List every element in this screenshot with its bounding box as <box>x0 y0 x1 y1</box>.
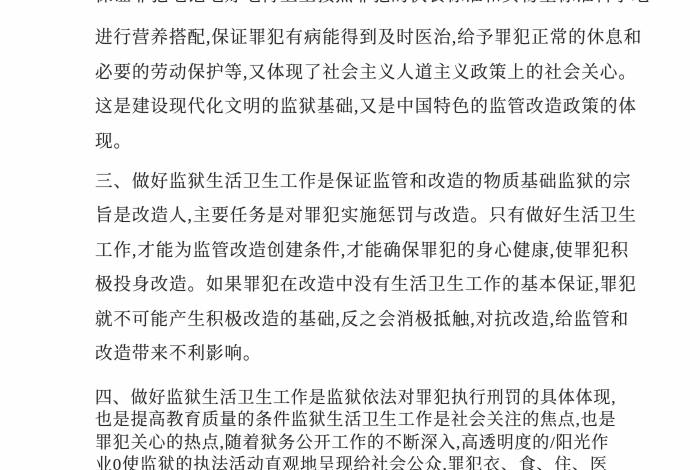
text-line: 极投身改造。如果罪犯在改造中没有生活卫生工作的基本保证,罪犯 <box>95 267 670 302</box>
text-line: 改造带来不利影响。 <box>95 336 670 371</box>
text-line: 业0使监狱的执法活动直观地呈现给社会公众,罪犯衣、食、住、医 <box>95 454 670 470</box>
paragraph-3: 四、做好监狱生活卫生工作是监狱依法对罪犯执行刑罚的具体体现, 也是提高教育质量的… <box>95 387 670 470</box>
text-line: 必要的劳动保护等,又体现了社会主义人道主义政策上的社会关心。 <box>95 55 670 90</box>
clipped-top-line-container: 保证罪犯吃饱吃好吃得卫生按照罪犯的伙食标准和实物量标准科学地 <box>95 0 670 8</box>
text-line: 旨是改造人,主要任务是对罪犯实施惩罚与改造。只有做好生活卫生 <box>95 198 670 233</box>
clipped-text-line: 保证罪犯吃饱吃好吃得卫生按照罪犯的伙食标准和实物量标准科学地 <box>95 0 670 5</box>
paragraph-1: 进行营养搭配,保证罪犯有病能得到及时医治,给予罪犯正常的休息和 必要的劳动保护等… <box>95 20 670 158</box>
text-line: 四、做好监狱生活卫生工作是监狱依法对罪犯执行刑罚的具体体现, <box>95 387 670 409</box>
text-line: 三、做好监狱生活卫生工作是保证监管和改造的物质基础监狱的宗 <box>95 164 670 199</box>
text-line: 进行营养搭配,保证罪犯有病能得到及时医治,给予罪犯正常的休息和 <box>95 20 670 55</box>
document-page: 保证罪犯吃饱吃好吃得卫生按照罪犯的伙食标准和实物量标准科学地 进行营养搭配,保证… <box>0 0 700 470</box>
text-line: 工作,才能为监管改造创建条件,才能确保罪犯的身心健康,使罪犯积 <box>95 233 670 268</box>
text-line: 罪犯关心的热点,随着狱务公开工作的不断深入,高透明度的/阳光作 <box>95 432 670 454</box>
text-line: 也是提高教育质量的条件监狱生活卫生工作是社会关注的焦点,也是 <box>95 409 670 431</box>
paragraph-2: 三、做好监狱生活卫生工作是保证监管和改造的物质基础监狱的宗 旨是改造人,主要任务… <box>95 164 670 372</box>
text-line: 这是建设现代化文明的监狱基础,又是中国特色的监管改造政策的体 <box>95 89 670 124</box>
text-line: 现。 <box>95 124 670 159</box>
text-line: 就不可能产生积极改造的基础,反之会消极抵触,对抗改造,给监管和 <box>95 302 670 337</box>
